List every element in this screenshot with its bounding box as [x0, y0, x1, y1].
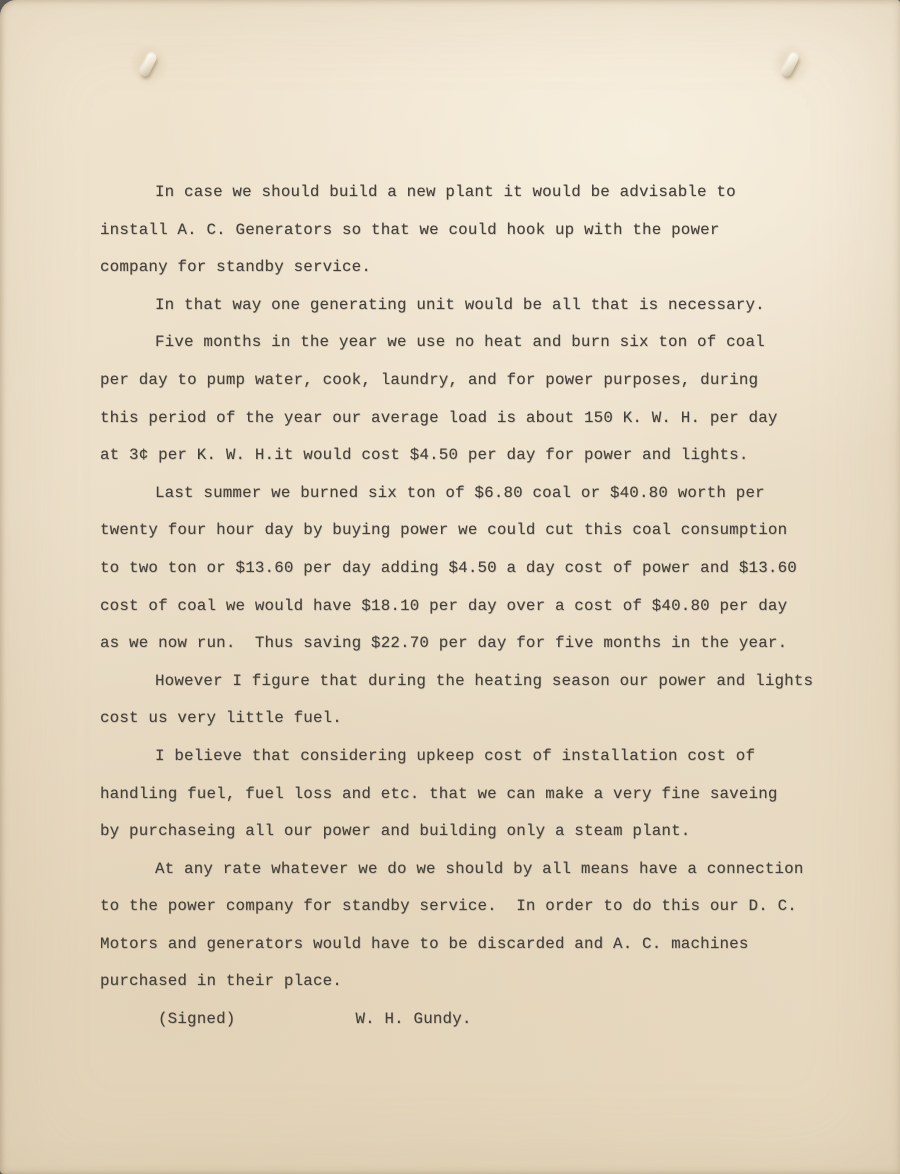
document-line: Last summer we burned six ton of $6.80 c… [100, 475, 860, 513]
document-line: by purchaseing all our power and buildin… [100, 813, 860, 851]
staple-mark-right [765, 36, 817, 94]
document-line: purchased in their place. [100, 963, 860, 1001]
document-line: install A. C. Generators so that we coul… [100, 212, 860, 250]
document-line: as we now run. Thus saving $22.70 per da… [100, 625, 860, 663]
signature-line: (Signed) W. H. Gundy. [100, 1001, 860, 1039]
staple-mark-left [123, 36, 175, 94]
signature-name: W. H. Gundy. [355, 1001, 471, 1039]
document-line: at 3¢ per K. W. H.it would cost $4.50 pe… [100, 437, 860, 475]
document-line: At any rate whatever we do we should by … [100, 851, 860, 889]
document-line: to two ton or $13.60 per day adding $4.5… [100, 550, 860, 588]
document-line: twenty four hour day by buying power we … [100, 512, 860, 550]
document-line: In that way one generating unit would be… [100, 287, 860, 325]
document-line: I believe that considering upkeep cost o… [100, 738, 860, 776]
document-line: However I figure that during the heating… [100, 663, 860, 701]
document-line: company for standby service. [100, 249, 860, 287]
document-line: cost us very little fuel. [100, 700, 860, 738]
scanned-document-screen: In case we should build a new plant it w… [0, 0, 900, 1174]
staple-icon [139, 52, 158, 77]
document-page: In case we should build a new plant it w… [0, 0, 900, 1174]
document-line: Five months in the year we use no heat a… [100, 324, 860, 362]
staple-icon [781, 52, 800, 77]
signed-label: (Signed) [100, 1001, 235, 1039]
document-line: Motors and generators would have to be d… [100, 926, 860, 964]
document-line: per day to pump water, cook, laundry, an… [100, 362, 860, 400]
document-line: In case we should build a new plant it w… [100, 174, 860, 212]
document-line: handling fuel, fuel loss and etc. that w… [100, 776, 860, 814]
document-line: this period of the year our average load… [100, 400, 860, 438]
typewritten-text: In case we should build a new plant it w… [100, 174, 860, 1039]
document-line: to the power company for standby service… [100, 888, 860, 926]
document-line: cost of coal we would have $18.10 per da… [100, 588, 860, 626]
